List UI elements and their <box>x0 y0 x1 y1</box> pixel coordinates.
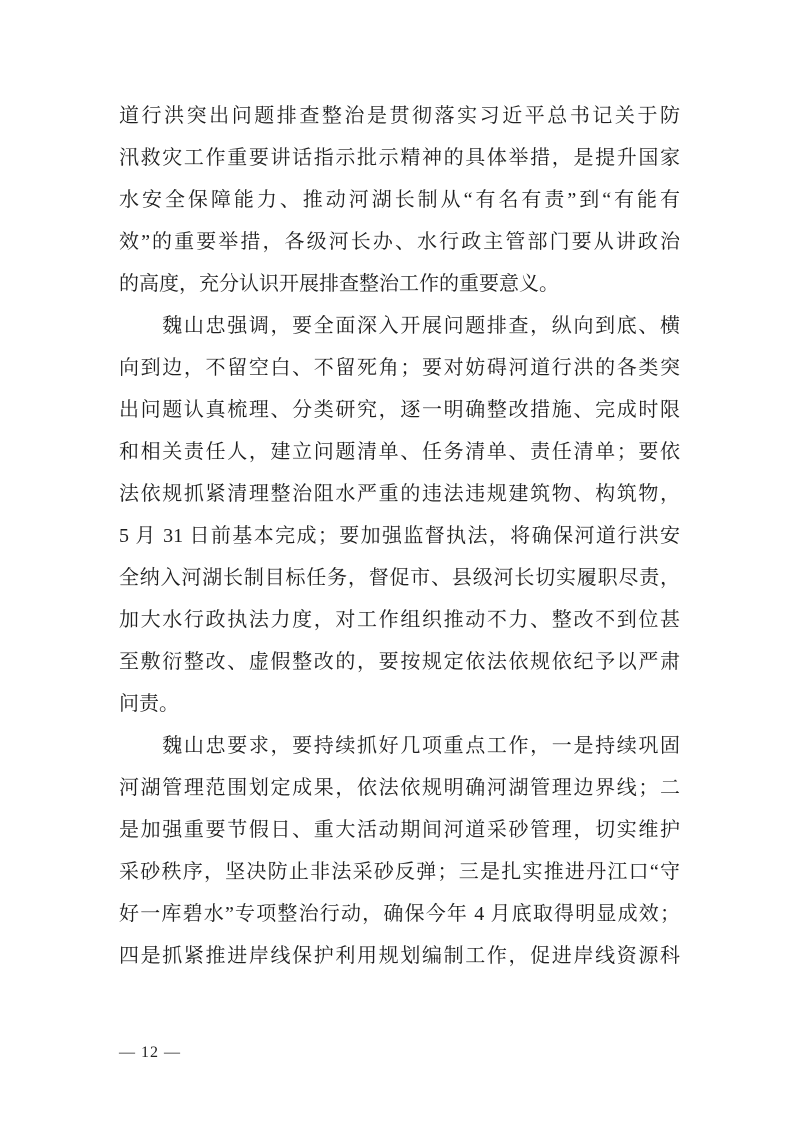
text-line: 向到边，不留空白、不留死角；要对妨碍河道行洪的各类突 <box>119 347 680 389</box>
text-line: 全纳入河湖长制目标任务，督促市、县级河长切实履职尽责， <box>119 557 680 599</box>
text-line: 加大水行政执法力度，对工作组织推动不力、整改不到位甚 <box>119 599 680 641</box>
text-line: 道行洪突出问题排查整治是贯彻落实习近平总书记关于防 <box>119 95 680 137</box>
text-line: 是加强重要节假日、重大活动期间河道采砂管理，切实维护 <box>119 809 680 851</box>
text-line: 出问题认真梳理、分类研究，逐一明确整改措施、完成时限 <box>119 389 680 431</box>
text-line: 汛救灾工作重要讲话指示批示精神的具体举措，是提升国家 <box>119 137 680 179</box>
document-page: 道行洪突出问题排查整治是贯彻落实习近平总书记关于防 汛救灾工作重要讲话指示批示精… <box>0 0 800 1131</box>
text-line: 和相关责任人，建立问题清单、任务清单、责任清单；要依 <box>119 431 680 473</box>
text-line: 至敷衍整改、虚假整改的，要按规定依法依规依纪予以严肃 <box>119 641 680 683</box>
text-line: 5 月 31 日前基本完成；要加强监督执法，将确保河道行洪安 <box>119 515 680 557</box>
text-line-paragraph-start: 魏山忠强调，要全面深入开展问题排查，纵向到底、横 <box>119 305 680 347</box>
text-line: 水安全保障能力、推动河湖长制从“有名有责”到“有能有 <box>119 179 680 221</box>
text-line: 四是抓紧推进岸线保护利用规划编制工作，促进岸线资源科 <box>119 935 680 977</box>
text-line: 效”的重要举措，各级河长办、水行政主管部门要从讲政治 <box>119 221 680 263</box>
text-line-paragraph-end: 的高度，充分认识开展排查整治工作的重要意义。 <box>119 263 680 305</box>
text-line: 河湖管理范围划定成果，依法依规明确河湖管理边界线；二 <box>119 767 680 809</box>
document-body: 道行洪突出问题排查整治是贯彻落实习近平总书记关于防 汛救灾工作重要讲话指示批示精… <box>119 95 680 977</box>
text-line: 好一库碧水”专项整治行动，确保今年 4 月底取得明显成效； <box>119 893 680 935</box>
text-line: 法依规抓紧清理整治阻水严重的违法违规建筑物、构筑物， <box>119 473 680 515</box>
text-line-paragraph-start: 魏山忠要求，要持续抓好几项重点工作，一是持续巩固 <box>119 725 680 767</box>
text-line: 采砂秩序，坚决防止非法采砂反弹；三是扎实推进丹江口“守 <box>119 851 680 893</box>
page-footer: — 12 — <box>119 1042 181 1064</box>
page-number: — 12 — <box>119 1044 181 1061</box>
text-line-paragraph-end: 问责。 <box>119 683 680 725</box>
